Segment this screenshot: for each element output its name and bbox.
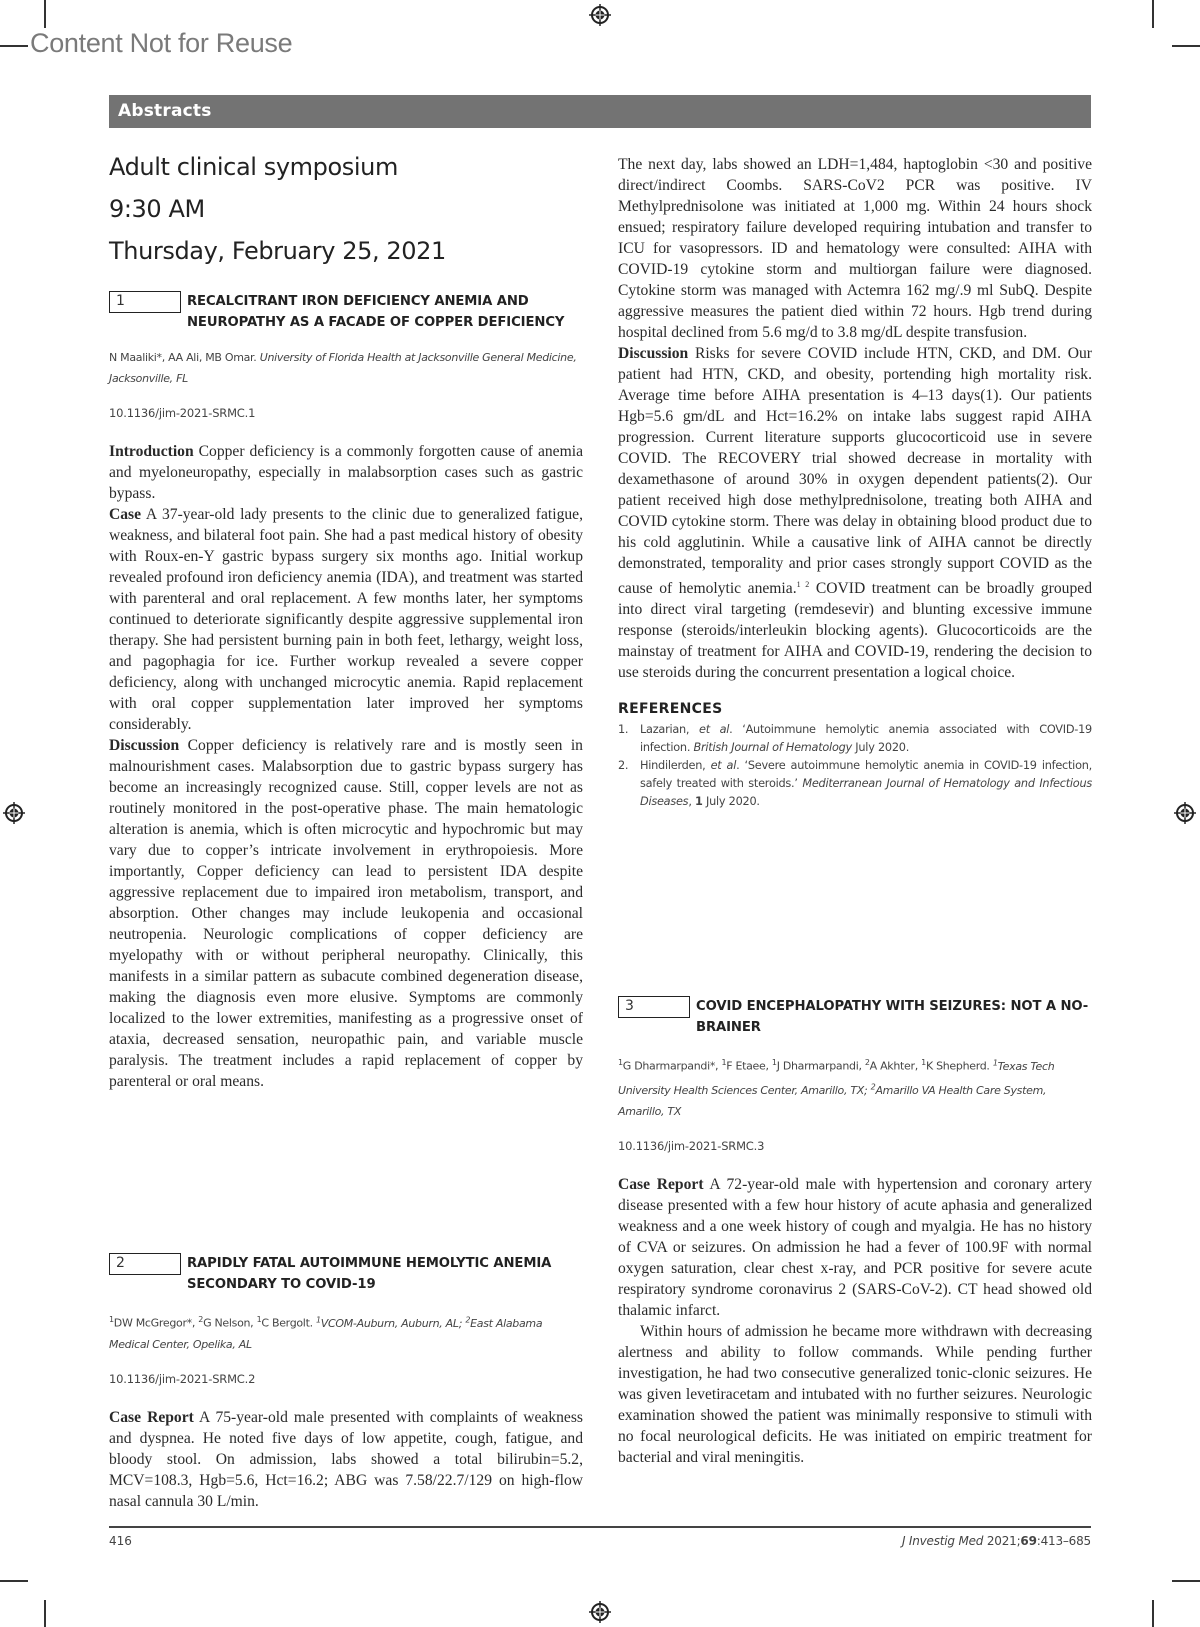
journal-citation: J Investig Med 2021;69:413–685 bbox=[902, 1534, 1091, 1548]
abstract-2: 2 RAPIDLY FATAL AUTOIMMUNE HEMOLYTIC ANE… bbox=[109, 1253, 583, 1512]
author-name: DW McGregor*, bbox=[114, 1317, 198, 1330]
abstract-header: 1 RECALCITRANT IRON DEFICIENCY ANEMIA AN… bbox=[109, 291, 583, 333]
crop-mark bbox=[0, 45, 28, 47]
abstract-number: 2 bbox=[109, 1253, 181, 1275]
author-name: A Akhter, bbox=[870, 1060, 922, 1073]
registration-mark-icon bbox=[3, 802, 25, 824]
author-name: F Etaee, bbox=[726, 1060, 772, 1073]
abstract-doi: 10.1136/jim-2021-SRMC.1 bbox=[109, 406, 583, 420]
section-label: Discussion bbox=[109, 737, 179, 754]
reference-etal: et al bbox=[711, 759, 737, 772]
page-number: 416 bbox=[109, 1534, 132, 1548]
journal-year: 2021; bbox=[983, 1534, 1020, 1548]
right-column: The next day, labs showed an LDH=1,484, … bbox=[618, 154, 1092, 811]
abstract-section: The next day, labs showed an LDH=1,484, … bbox=[618, 154, 1092, 343]
abstract-number: 3 bbox=[618, 996, 690, 1018]
symposium-title: Adult clinical symposium bbox=[109, 146, 583, 188]
author-name: G Nelson, bbox=[203, 1317, 257, 1330]
abstract-title: RECALCITRANT IRON DEFICIENCY ANEMIA AND … bbox=[187, 291, 583, 333]
author-affiliation: VCOM-Auburn, Auburn, AL; bbox=[321, 1317, 466, 1330]
abstract-number: 1 bbox=[109, 291, 181, 313]
reference-number: 2. bbox=[618, 757, 640, 811]
section-text: A 37-year-old lady presents to the clini… bbox=[109, 506, 583, 733]
reference-volume: 1 bbox=[695, 795, 703, 808]
crop-mark bbox=[0, 1580, 28, 1582]
abstract-section: Case A 37-year-old lady presents to the … bbox=[109, 504, 583, 735]
abstract-header: 2 RAPIDLY FATAL AUTOIMMUNE HEMOLYTIC ANE… bbox=[109, 1253, 583, 1295]
abstract-body: Case Report A 72-year-old male with hype… bbox=[618, 1174, 1092, 1468]
abstract-section: Introduction Copper deficiency is a comm… bbox=[109, 441, 583, 504]
abstract-section: Case Report A 72-year-old male with hype… bbox=[618, 1174, 1092, 1321]
abstract-authors: 1DW McGregor*, 2G Nelson, 1C Bergolt. 1V… bbox=[109, 1309, 583, 1355]
author-names: N Maaliki*, AA Ali, MB Omar. bbox=[109, 351, 256, 364]
reference-authors: Lazarian, bbox=[640, 723, 699, 736]
author-name: G Dharmarpandi*, bbox=[623, 1060, 722, 1073]
registration-mark-icon bbox=[589, 4, 611, 26]
reference-text: Hindilerden, et al. ‘Severe autoimmune h… bbox=[640, 757, 1092, 811]
section-text: Risks for severe COVID include HTN, CKD,… bbox=[618, 345, 1092, 597]
reference-date: July 2020. bbox=[703, 795, 760, 808]
section-banner: Abstracts bbox=[109, 95, 1091, 128]
abstract-section: Case Report A 75-year-old male presented… bbox=[109, 1407, 583, 1512]
left-column: Adult clinical symposium 9:30 AM Thursda… bbox=[109, 146, 583, 1092]
reference-journal: British Journal of Hematology bbox=[694, 741, 852, 754]
citation-superscript: 1 2 bbox=[797, 580, 810, 589]
abstract-body: Introduction Copper deficiency is a comm… bbox=[109, 441, 583, 1092]
crop-mark bbox=[1152, 0, 1154, 28]
reference-text: Lazarian, et al. ‘Autoimmune hemolytic a… bbox=[640, 721, 1092, 757]
watermark: Content Not for Reuse bbox=[30, 28, 292, 59]
references-list: 1. Lazarian, et al. ‘Autoimmune hemolyti… bbox=[618, 721, 1092, 811]
section-text: A 72-year-old male with hypertension and… bbox=[618, 1176, 1092, 1319]
crop-mark bbox=[1172, 45, 1200, 47]
abstract-title: COVID ENCEPHALOPATHY WITH SEIZURES: NOT … bbox=[696, 996, 1092, 1038]
abstract-doi: 10.1136/jim-2021-SRMC.3 bbox=[618, 1139, 1092, 1153]
abstract-2-continued: The next day, labs showed an LDH=1,484, … bbox=[618, 154, 1092, 683]
reference-etal: et al bbox=[699, 723, 729, 736]
crop-mark bbox=[1152, 1600, 1154, 1627]
reference-authors: Hindilerden, bbox=[640, 759, 711, 772]
journal-volume: 69 bbox=[1020, 1534, 1036, 1548]
reference-date: July 2020. bbox=[852, 741, 909, 754]
section-label: Introduction bbox=[109, 443, 194, 460]
abstract-header: 3 COVID ENCEPHALOPATHY WITH SEIZURES: NO… bbox=[618, 996, 1092, 1038]
section-text: The next day, labs showed an LDH=1,484, … bbox=[618, 156, 1092, 341]
registration-mark-icon bbox=[1174, 802, 1196, 824]
section-label: Case Report bbox=[109, 1409, 194, 1426]
abstract-3: 3 COVID ENCEPHALOPATHY WITH SEIZURES: NO… bbox=[618, 996, 1092, 1468]
abstract-title: RAPIDLY FATAL AUTOIMMUNE HEMOLYTIC ANEMI… bbox=[187, 1253, 583, 1295]
registration-mark-icon bbox=[589, 1601, 611, 1623]
section-label: Case Report bbox=[618, 1176, 704, 1193]
journal-pages: :413–685 bbox=[1037, 1534, 1091, 1548]
reference-item: 2. Hindilerden, et al. ‘Severe autoimmun… bbox=[618, 757, 1092, 811]
section-text: Copper deficiency is relatively rare and… bbox=[109, 737, 583, 1090]
abstract-authors: 1G Dharmarpandi*, 1F Etaee, 1J Dharmarpa… bbox=[618, 1052, 1092, 1122]
symposium-date: Thursday, February 25, 2021 bbox=[109, 230, 583, 272]
reference-number: 1. bbox=[618, 721, 640, 757]
reference-item: 1. Lazarian, et al. ‘Autoimmune hemolyti… bbox=[618, 721, 1092, 757]
section-label: Case bbox=[109, 506, 141, 523]
author-name: J Dharmarpandi, bbox=[777, 1060, 865, 1073]
section-label: Discussion bbox=[618, 345, 688, 362]
journal-name: J Investig Med bbox=[902, 1534, 983, 1548]
abstract-section: Within hours of admission he became more… bbox=[618, 1321, 1092, 1468]
symposium-time: 9:30 AM bbox=[109, 188, 583, 230]
abstract-doi: 10.1136/jim-2021-SRMC.2 bbox=[109, 1372, 583, 1386]
footer-rule bbox=[109, 1526, 1091, 1528]
crop-mark bbox=[44, 1600, 46, 1627]
author-name: C Bergolt. bbox=[261, 1317, 316, 1330]
author-name: K Shepherd. bbox=[926, 1060, 993, 1073]
abstract-section: Discussion Copper deficiency is relative… bbox=[109, 735, 583, 1092]
abstract-1: 1 RECALCITRANT IRON DEFICIENCY ANEMIA AN… bbox=[109, 291, 583, 1092]
section-text: Within hours of admission he became more… bbox=[618, 1323, 1092, 1466]
abstract-section: Discussion Risks for severe COVID includ… bbox=[618, 343, 1092, 683]
abstract-authors: N Maaliki*, AA Ali, MB Omar. University … bbox=[109, 347, 583, 389]
crop-mark bbox=[1172, 1580, 1200, 1582]
crop-mark bbox=[44, 0, 46, 28]
references-heading: REFERENCES bbox=[618, 701, 1092, 717]
abstract-body: Case Report A 75-year-old male presented… bbox=[109, 1407, 583, 1512]
